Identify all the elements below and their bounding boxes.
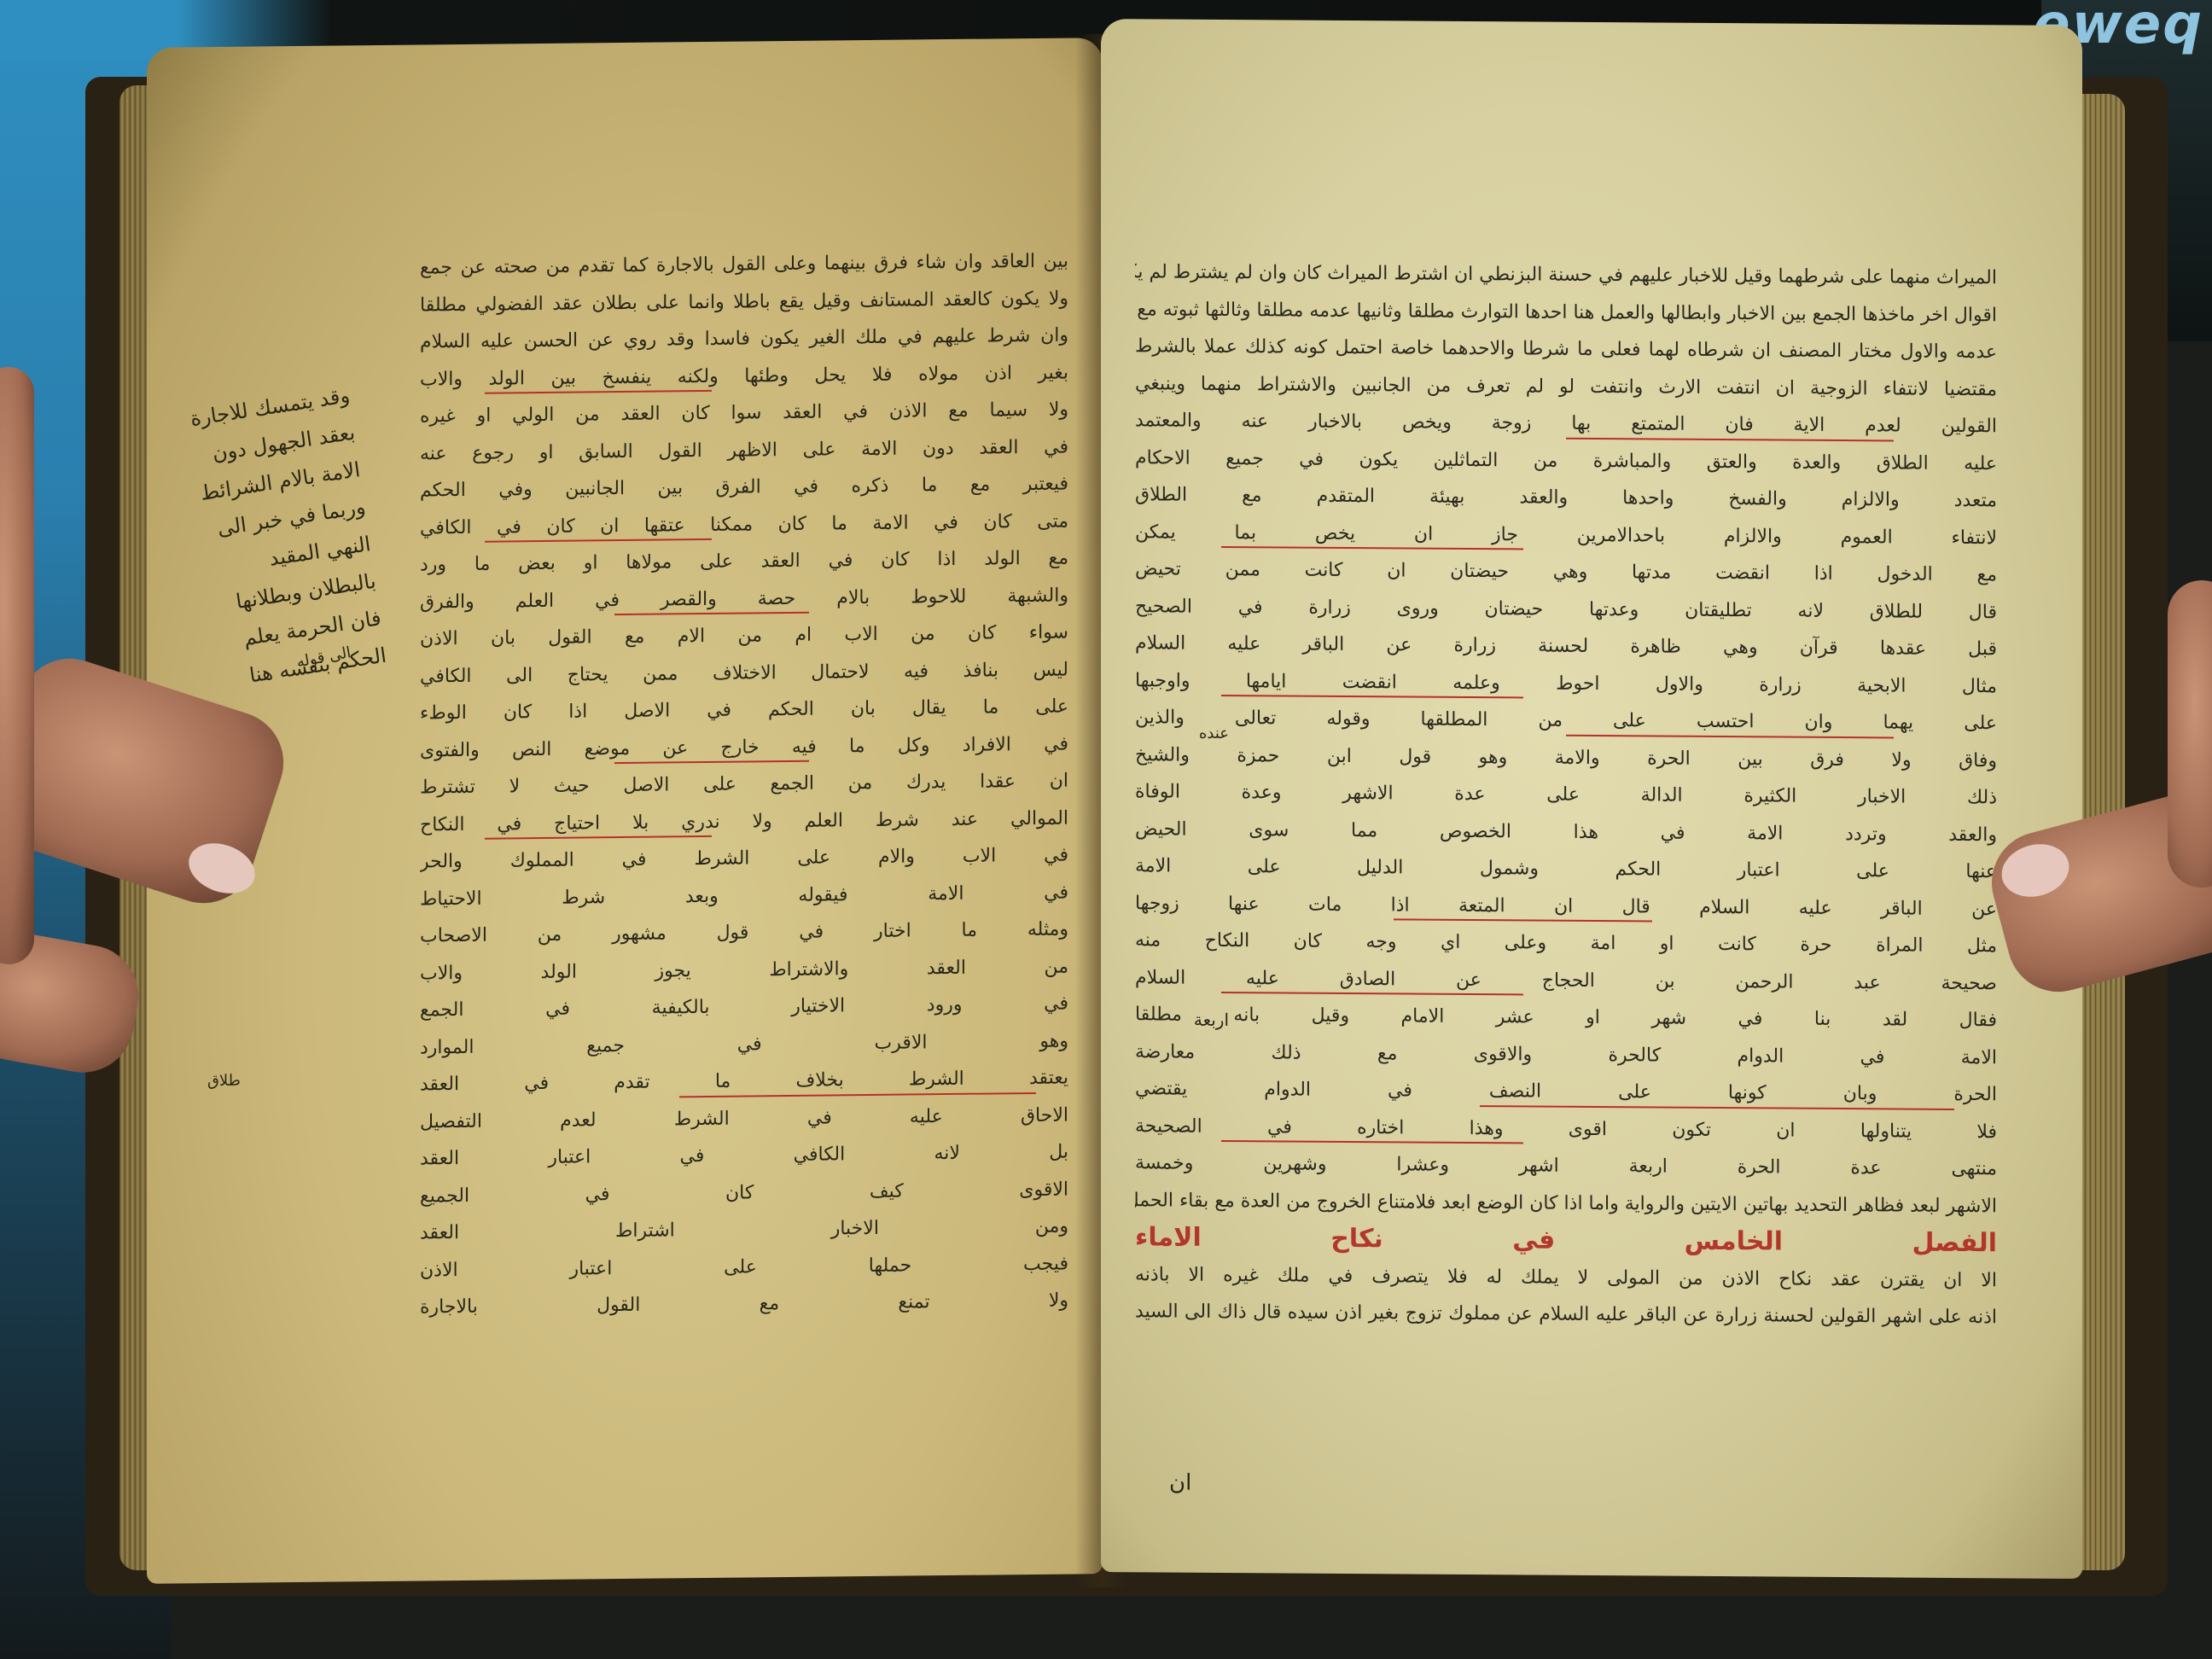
right-page-text-line: فلا يتناولها ان تكون اقوى وهذا اختاره في…	[1135, 1108, 1997, 1151]
left-page-line-text: سواء كان من الاب ام من الام مع القول بان…	[420, 614, 1068, 658]
right-page-text-line: القولين لعدم الاية فان المتمتع بها زوجة …	[1135, 402, 1997, 445]
left-page-line-text: ليس بنافذ فيه لاحتمال الاختلاف ممن يحتاج…	[420, 651, 1068, 695]
left-page-line-text: مع الولد اذا كان في العقد على مولاها او …	[420, 540, 1068, 584]
right-page-text-line: الامة في الدوام كالحرة والاقوى مع ذلك مع…	[1135, 1033, 1997, 1077]
right-page-line-text: اذنه على اشهر القولين لحسنة زرارة عن الب…	[1135, 1293, 1997, 1336]
right-page-text-line: الا ان يقترن عقد نكاح الاذن من المولى لا…	[1135, 1256, 1997, 1300]
right-page-line-text: الامة في الدوام كالحرة والاقوى مع ذلك مع…	[1135, 1033, 1997, 1076]
right-page-line-text: وفاق ولا فرق بين الحرة والامة وهو قول اب…	[1135, 736, 1997, 779]
right-page-text-line: منتهى عدة الحرة اربعة اشهر وعشرا وشهرين …	[1135, 1144, 1997, 1188]
right-page-text-line: فقال لقد بنا في شهر او عشر الامام وقيل ب…	[1135, 996, 1997, 1039]
left-page-text-line: ولا تمنع مع القول بالاجارة	[420, 1283, 1068, 1326]
right-page-line-text: الحرة وبان كونها على النصف في الدوام يقت…	[1135, 1070, 1997, 1113]
catchword: ان	[1169, 1470, 1191, 1496]
left-page: وقد يتمسك للاجارة بعقد الجهول دون الامة …	[147, 38, 1103, 1584]
right-page-line-text: متعدد والالزام والفسخ واحدها والعقد بهيئ…	[1135, 476, 1997, 519]
right-page-line-text: عليه الطلاق والعدة والعتق والمباشرة من ا…	[1135, 439, 1997, 482]
left-page-line-text: بل لانه الكافي في اعتبار العقد	[420, 1134, 1068, 1178]
right-page-line-text: قبل عقدها قرآن وهي ظاهرة لحسنة زرارة عن …	[1135, 625, 1997, 667]
left-hand-palm-edge	[0, 367, 34, 964]
right-page-line-text: عدمه والاول مختار المصنف ان شرطاه لهما ف…	[1135, 328, 1997, 370]
right-page-text-line: مقتضيا لانتفاء الزوجية ان انتفت الارث وا…	[1135, 365, 1997, 409]
right-page-text-line: عليه الطلاق والعدة والعتق والمباشرة من ا…	[1135, 439, 1997, 483]
left-page-line-text: فيجب حملها على اعتبار الاذن	[420, 1245, 1068, 1289]
right-page-text-line: عنها على اعتبار الحكم وشمول الدليل على ا…	[1135, 847, 1997, 891]
left-page-line-text: وان شرط عليهم في ملك الغير يكون فاسدا وق…	[420, 317, 1068, 361]
right-page-line-text: مع الدخول اذا انقضت مدتها وهي حيضتان ان …	[1135, 550, 1997, 593]
chapter-heading: الفصل الخامس في نكاح الاماء	[1135, 1219, 1997, 1261]
right-page-text-line: صحيحة عبد الرحمن بن الحجاج عن الصادق علي…	[1135, 959, 1997, 1003]
right-page-line-text: الاشهر لبعد فظاهر التحديد بهاتين الايتين…	[1135, 1182, 1997, 1225]
right-page-text-line: على يهما وان احتسب على من المطلقها وقوله…	[1135, 699, 1997, 742]
right-page-text-line: اقوال اخر ماخذها الجمع بين الاخبار وابطا…	[1135, 291, 1997, 335]
left-page-line-text: الاقوى كيف كان في الجميع	[420, 1171, 1068, 1214]
right-page-line-text: مثل المراة حرة كانت او امة وعلى اي وجه ك…	[1135, 922, 1997, 964]
left-page-line-text: ولا سيما مع الاذن في العقد سوا كان العقد…	[420, 392, 1068, 435]
right-hand-finger	[2168, 580, 2212, 888]
right-page-text-line: اذنه على اشهر القولين لحسنة زرارة عن الب…	[1135, 1293, 1997, 1336]
right-page-line-text: لانتفاء العموم والالزام باحدالامرين جاز …	[1135, 514, 1997, 556]
right-page-line-text: اقوال اخر ماخذها الجمع بين الاخبار وابطا…	[1135, 291, 1997, 334]
left-page-line-text: في الامة فيقوله وبعد شرط الاحتياط	[420, 874, 1068, 917]
right-page-text-line: مثل المراة حرة كانت او امة وعلى اي وجه ك…	[1135, 922, 1997, 965]
left-page-line-text: في العقد دون الامة على الاظهر القول السا…	[420, 428, 1068, 472]
right-page-text-line: لانتفاء العموم والالزام باحدالامرين جاز …	[1135, 514, 1997, 557]
right-page-line-text: والعقد وتردد الامة في هذا الخصوص مما سوى…	[1135, 811, 1997, 853]
right-page-text-line: قال للطلاق لانه تطليقتان وعدتها حيضتان و…	[1135, 588, 1997, 632]
right-page-line-text: عنها على اعتبار الحكم وشمول الدليل على ا…	[1135, 847, 1997, 890]
left-page-line-text: بغير اذن مولاه فلا يحل وطئها ولكنه ينفسخ…	[420, 354, 1068, 398]
right-page-text-line: متعدد والالزام والفسخ واحدها والعقد بهيئ…	[1135, 476, 1997, 520]
left-page-line-text: والشبهة للاحوط بالام حصة والقصر في العلم…	[420, 577, 1068, 620]
left-page-line-text: الموالي عند شرط العلم ولا ندري بلا احتيا…	[420, 800, 1068, 843]
left-page-text-block: بين العاقد وان شاء فرق بينهما وعلى القول…	[420, 243, 1068, 1326]
left-page-line-text: بين العاقد وان شاء فرق بينهما وعلى القول…	[420, 243, 1068, 287]
left-page-line-text: من العقد والاشتراط يجوز الولد والاب	[420, 948, 1068, 992]
left-page-line-text: ولا تمنع مع القول بالاجارة	[420, 1283, 1068, 1326]
left-page-line-text: يعتقد الشرط بخلاف ما تقدم في العقد	[420, 1060, 1068, 1103]
left-page-line-text: على ما يقال بان الحكم في الاصل اذا كان ا…	[420, 689, 1068, 732]
right-page-line-text: مقتضيا لانتفاء الزوجية ان انتفت الارث وا…	[1135, 365, 1997, 408]
right-page-line-text: فلا يتناولها ان تكون اقوى وهذا اختاره في…	[1135, 1108, 1997, 1150]
right-page-text-line: الحرة وبان كونها على النصف في الدوام يقت…	[1135, 1070, 1997, 1114]
right-page-text-line: ذلك الاخبار الكثيرة الدالة على عدة الاشه…	[1135, 773, 1997, 817]
left-page-margin-note-3: طلاق	[172, 1062, 241, 1101]
right-page-line-text: القولين لعدم الاية فان المتمتع بها زوجة …	[1135, 402, 1997, 445]
right-page-line-text: فقال لقد بنا في شهر او عشر الامام وقيل ب…	[1135, 996, 1997, 1039]
left-page-line-text: ومن الاخبار اشتراط العقد	[420, 1208, 1068, 1252]
right-page-line-text: ذلك الاخبار الكثيرة الدالة على عدة الاشه…	[1135, 773, 1997, 816]
left-page-line-text: وهو الاقرب في جميع الموارد	[420, 1022, 1068, 1066]
right-page-text-line: مع الدخول اذا انقضت مدتها وهي حيضتان ان …	[1135, 550, 1997, 594]
right-page-line-text: صحيحة عبد الرحمن بن الحجاج عن الصادق علي…	[1135, 959, 1997, 1002]
right-page-text-line: مثال الابحية زرارة والاول احوط وعلمه انق…	[1135, 662, 1997, 706]
right-page-line-text: عن الباقر عليه السلام قال ان المتعة اذا …	[1135, 885, 1997, 928]
right-page-text-line: والعقد وتردد الامة في هذا الخصوص مما سوى…	[1135, 811, 1997, 854]
right-page-line-text: الميراث منهما على شرطهما وقيل للاخبار عل…	[1135, 253, 1997, 296]
right-page-text-line: الميراث منهما على شرطهما وقيل للاخبار عل…	[1135, 253, 1997, 297]
right-page-text-line: قبل عقدها قرآن وهي ظاهرة لحسنة زرارة عن …	[1135, 625, 1997, 668]
right-page-text-line: عن الباقر عليه السلام قال ان المتعة اذا …	[1135, 885, 1997, 928]
left-page-line-text: متى كان في الامة ما كان ممكنا عتقها ان ك…	[420, 503, 1068, 546]
left-page-line-text: في الاب والام على الشرط في المملوك والحر	[420, 837, 1068, 881]
right-page: عنده اربعة الميراث منهما على شرطهما وقيل…	[1101, 19, 2082, 1579]
right-page-text-line: الاشهر لبعد فظاهر التحديد بهاتين الايتين…	[1135, 1182, 1997, 1225]
left-page-line-text: في الافراد وكل ما فيه خارج عن موضع النص …	[420, 725, 1068, 769]
right-page-line-text: قال للطلاق لانه تطليقتان وعدتها حيضتان و…	[1135, 588, 1997, 631]
right-page-line-text: على يهما وان احتسب على من المطلقها وقوله…	[1135, 699, 1997, 742]
right-page-text-line: وفاق ولا فرق بين الحرة والامة وهو قول اب…	[1135, 736, 1997, 780]
left-page-line-text: ان عقدا يدرك من الجمع على الاصل حيث لا ت…	[420, 763, 1068, 806]
left-page-line-text: ولا يكون كالعقد المستانف وقيل يقع باطلا …	[420, 280, 1068, 323]
left-page-line-text: في ورود الاختيار بالكيفية في الجمع	[420, 986, 1068, 1029]
left-page-line-text: ومثله ما اختار في قول مشهور من الاصحاب	[420, 911, 1068, 955]
right-page-line-text: مثال الابحية زرارة والاول احوط وعلمه انق…	[1135, 662, 1997, 705]
right-page-text-line: الفصل الخامس في نكاح الاماء	[1135, 1219, 1997, 1262]
right-page-text-block: الميراث منهما على شرطهما وقيل للاخبار عل…	[1135, 253, 1997, 1336]
left-page-line-text: فيعتبر مع ما ذكره في الفرق بين الجانبين …	[420, 466, 1068, 509]
right-page-line-text: الا ان يقترن عقد نكاح الاذن من المولى لا…	[1135, 1256, 1997, 1299]
right-page-line-text: منتهى عدة الحرة اربعة اشهر وعشرا وشهرين …	[1135, 1144, 1997, 1187]
right-page-text-line: عدمه والاول مختار المصنف ان شرطاه لهما ف…	[1135, 328, 1997, 371]
left-page-line-text: الاحاق عليه في الشرط لعدم التفصيل	[420, 1097, 1068, 1140]
